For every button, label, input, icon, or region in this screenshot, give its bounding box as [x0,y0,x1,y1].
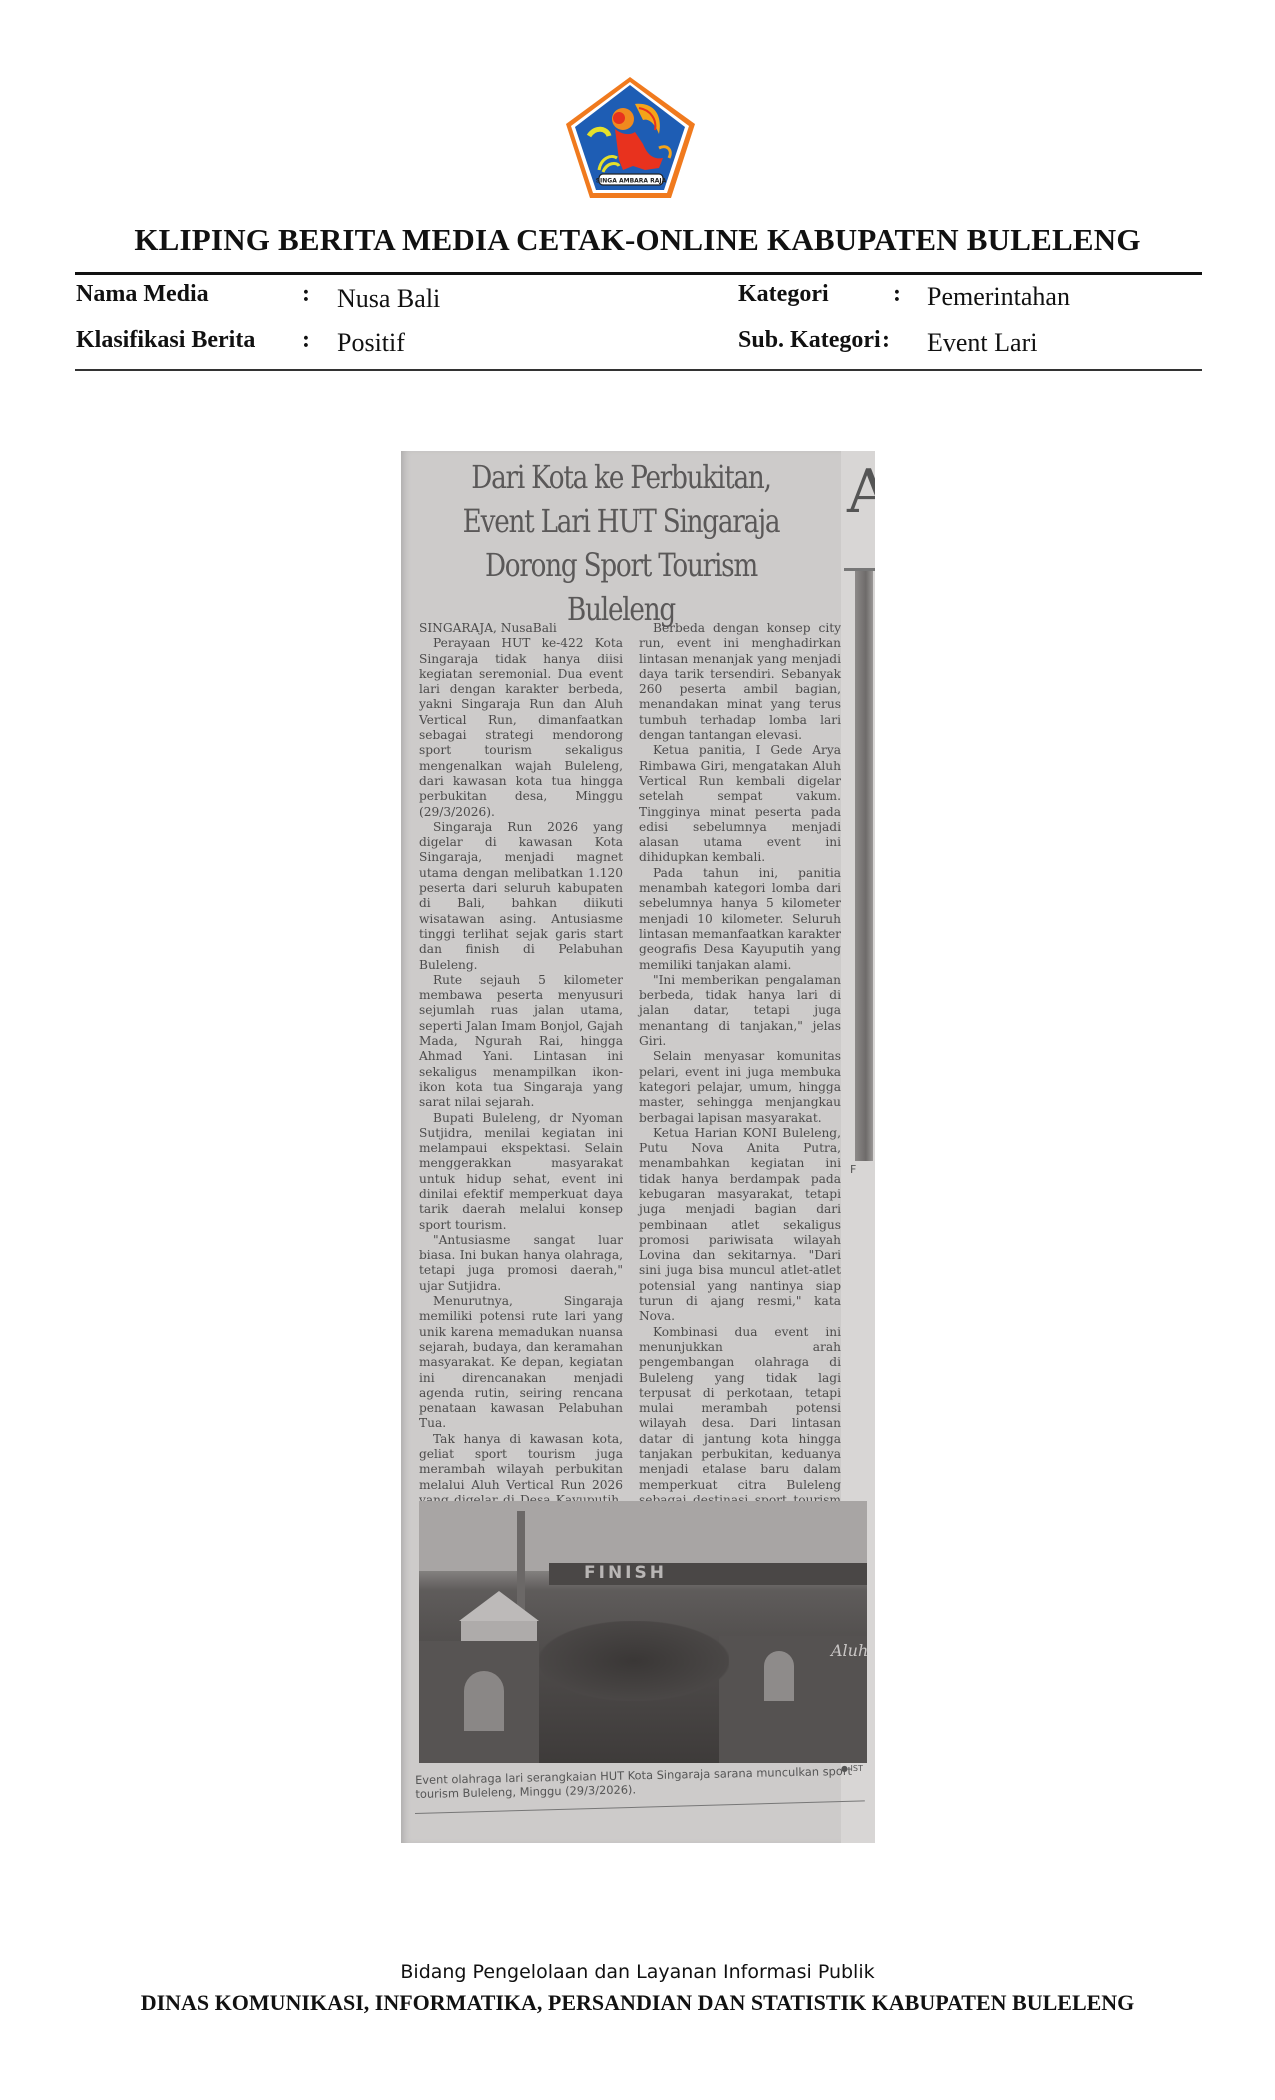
sub-kategori-value: Event Lari [927,328,1037,358]
footer-agency: DINAS KOMUNIKASI, INFORMATIKA, PERSANDIA… [0,1990,1275,2016]
adjacent-headline-fragment: A [847,457,875,527]
nama-media-label: Nama Media [76,281,209,308]
sub-kategori-colon: : [882,327,890,354]
article-paragraph: Kombinasi dua event ini menunjukkan arah… [639,1325,841,1524]
article-photo-finish-line: FINISH Aluh [419,1501,867,1763]
klasifikasi-berita-colon: : [302,327,310,354]
headline-line-1: Dari Kota ke Perbukitan, [441,455,802,499]
article-headline: Dari Kota ke Perbukitan, Event Lari HUT … [441,455,802,631]
photo-caption: Event olahraga lari serangkaian HUT Kota… [415,1764,855,1801]
klasifikasi-berita-value: Positif [337,328,405,358]
article-dateline: SINGARAJA, NusaBali [419,621,623,636]
article-paragraph: "Ini memberikan pengalaman berbeda, tida… [639,973,841,1049]
article-column-right: Berbeda dengan konsep city run, event in… [639,621,841,1524]
footer-division: Bidang Pengelolaan dan Layanan Informasi… [0,1961,1275,1983]
article-paragraph: Rute sejauh 5 kilometer membawa peserta … [419,973,623,1111]
adjacent-photo-fragment [855,571,873,1161]
kategori-label: Kategori [738,281,829,308]
caption-rule [415,1800,865,1814]
sponsor-logo-text: Aluh [831,1641,867,1660]
headline-line-2: Event Lari HUT Singaraja [441,499,802,543]
kategori-colon: : [893,281,901,308]
article-paragraph: Selain menyasar komunitas pelari, event … [639,1049,841,1125]
article-paragraph: Ketua Harian KONI Buleleng, Putu Nova An… [639,1126,841,1325]
document-title: KLIPING BERITA MEDIA CETAK-ONLINE KABUPA… [0,222,1275,258]
svg-text:SINGA AMBARA RAJA: SINGA AMBARA RAJA [596,178,667,185]
header-rule-top [75,272,1202,275]
finish-banner-text: FINISH [584,1563,667,1583]
article-paragraph: Singaraja Run 2026 yang digelar di kawas… [419,820,623,973]
article-paragraph: Bupati Buleleng, dr Nyoman Sutjidra, men… [419,1111,623,1233]
adjacent-caption-fragment: F [850,1163,856,1176]
newspaper-clipping: A F Dari Kota ke Perbukitan, Event Lari … [401,451,875,1843]
tent [459,1591,539,1621]
article-column-left: SINGARAJA, NusaBali Perayaan HUT ke-422 … [419,621,623,1524]
article-paragraph: Berbeda dengan konsep city run, event in… [639,621,841,743]
runners-crowd [539,1621,729,1701]
article-paragraph: Perayaan HUT ke-422 Kota Singaraja tidak… [419,636,623,820]
klasifikasi-berita-label: Klasifikasi Berita [76,327,255,354]
article-paragraph: Pada tahun ini, panitia menambah kategor… [639,866,841,973]
sub-kategori-label: Sub. Kategori [738,327,881,354]
headline-line-3: Dorong Sport Tourism Buleleng [441,543,802,631]
nama-media-colon: : [302,281,310,308]
nama-media-value: Nusa Bali [337,284,440,314]
kategori-value: Pemerintahan [927,282,1070,312]
article-paragraph: "Antusiasme sangat luar biasa. Ini bukan… [419,1233,623,1294]
singa-ambara-raja-emblem-icon: SINGA AMBARA RAJA [563,74,698,202]
article-paragraph: Ketua panitia, I Gede Arya Rimbawa Giri,… [639,743,841,865]
article-paragraph: Menurutnya, Singaraja memiliki potensi r… [419,1294,623,1432]
regency-emblem-logo: SINGA AMBARA RAJA [563,74,698,202]
header-rule-bottom [75,369,1202,371]
